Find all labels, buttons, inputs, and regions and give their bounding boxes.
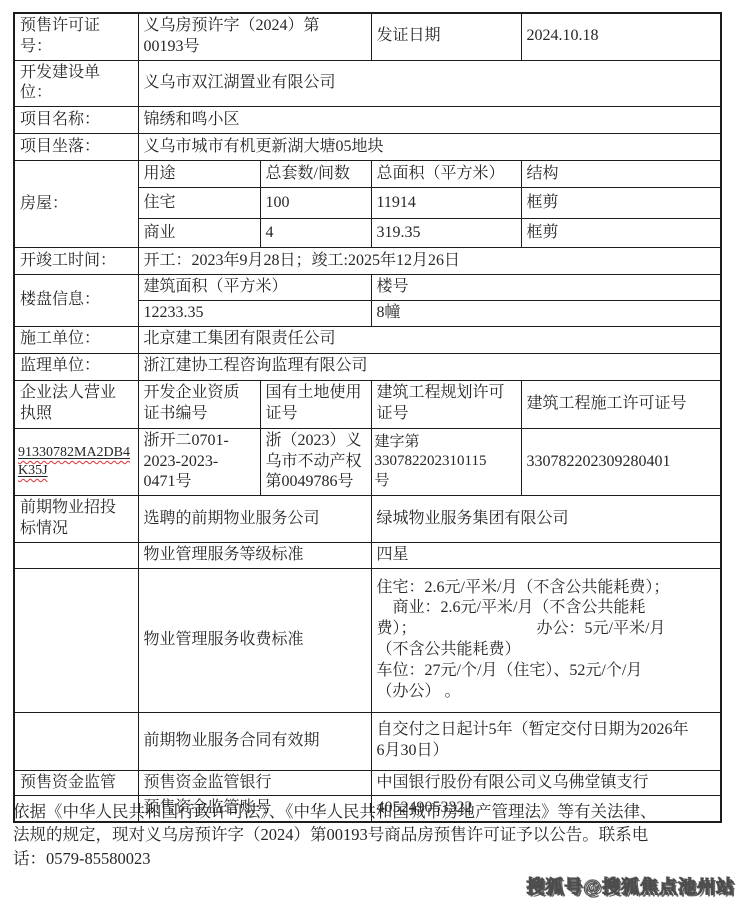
- row-housing-header: 房屋： 用途 总套数/间数 总面积（平方米） 结构: [14, 161, 721, 188]
- cell-cert-v-planning: 建字第 330782202310115 号: [371, 428, 521, 495]
- cell-housing-h-use: 用途: [138, 161, 260, 188]
- cell-com-structure: 框剪: [521, 219, 721, 248]
- cell-developer-label: 开发建设单 位：: [14, 60, 138, 107]
- announcement-text: 依据《中华人民共和国行政许可法》、《中华人民共和国城市房地产管理法》等有关法律、…: [13, 800, 729, 870]
- cell-com-units: 4: [260, 219, 371, 248]
- row-property-company: 前期物业招投 标情况 选聘的前期物业服务公司 绿城物业服务集团有限公司: [14, 496, 721, 543]
- cell-res-structure: 框剪: [521, 188, 721, 219]
- cell-license-label: 预售许可证 号：: [14, 13, 138, 60]
- cell-res-use: 住宅: [138, 188, 260, 219]
- cell-time-value: 开工：2023年9月28日；竣工:2025年12月26日: [138, 248, 721, 275]
- cell-property-section-label: 前期物业招投 标情况: [14, 496, 138, 543]
- cell-cert-h-construction: 建筑工程施工许可证号: [521, 380, 721, 428]
- cell-cert-v-land: 浙（2023）义 乌市不动产权 第0049786号: [260, 428, 371, 495]
- row-construction-time: 开竣工时间： 开工：2023年9月28日；竣工:2025年12月26日: [14, 248, 721, 275]
- cell-funds-section-label: 预售资金监管: [14, 770, 138, 796]
- cell-cert-h-planning: 建筑工程规划许可 证号: [371, 380, 521, 428]
- cell-empty: [14, 712, 138, 770]
- row-supervisor: 监理单位： 浙江建协工程咨询监理有限公司: [14, 353, 721, 380]
- cell-supervisor-value: 浙江建协工程咨询监理有限公司: [138, 353, 721, 380]
- row-cert-headers: 企业法人营业 执照 开发企业资质 证书编号 国有土地使用 证号 建筑工程规划许可…: [14, 380, 721, 428]
- cell-empty: [14, 568, 138, 712]
- cell-housing-label: 房屋：: [14, 161, 138, 248]
- credit-code: 91330782MA2DB4K35J: [18, 445, 130, 478]
- cell-com-use: 商业: [138, 219, 260, 248]
- row-cert-values: 91330782MA2DB4K35J 浙开二0701- 2023-2023- 0…: [14, 428, 721, 495]
- cell-housing-h-area: 总面积（平方米）: [371, 161, 521, 188]
- cell-funds-bank-value: 中国银行股份有限公司义乌佛堂镇支行: [371, 770, 721, 796]
- cell-building-no-value: 8幢: [371, 300, 721, 326]
- row-project-name: 项目名称： 锦绣和鸣小区: [14, 107, 721, 134]
- cell-cert-h-business: 企业法人营业 执照: [14, 380, 138, 428]
- row-location: 项目坐落： 义乌市城市有机更新湖大塘05地块: [14, 134, 721, 161]
- cell-property-company-value: 绿城物业服务集团有限公司: [371, 496, 721, 543]
- permit-table: 预售许可证 号： 义乌房预许字（2024）第 00193号 发证日期 2024.…: [13, 12, 722, 823]
- cell-cert-v-qualification: 浙开二0701- 2023-2023- 0471号: [138, 428, 260, 495]
- cell-license-value: 义乌房预许字（2024）第 00193号: [138, 13, 371, 60]
- cell-cert-h-qualification: 开发企业资质 证书编号: [138, 380, 260, 428]
- row-license: 预售许可证 号： 义乌房预许字（2024）第 00193号 发证日期 2024.…: [14, 13, 721, 60]
- cell-funds-bank-label: 预售资金监管银行: [138, 770, 371, 796]
- cell-com-area: 319.35: [371, 219, 521, 248]
- cell-issue-date-label: 发证日期: [371, 13, 521, 60]
- cell-housing-h-structure: 结构: [521, 161, 721, 188]
- cell-area-header: 建筑面积（平方米）: [138, 275, 371, 301]
- cell-time-label: 开竣工时间：: [14, 248, 138, 275]
- row-building-info-header: 楼盘信息： 建筑面积（平方米） 楼号: [14, 275, 721, 301]
- cell-contractor-label: 施工单位：: [14, 326, 138, 353]
- sohu-watermark: 搜狐号@搜狐焦点池州站: [526, 873, 735, 899]
- row-property-fees: 物业管理服务收费标准 住宅：2.6元/平米/月（不含公共能耗费）； 商业：2.6…: [14, 568, 721, 712]
- row-contractor: 施工单位： 北京建工集团有限责任公司: [14, 326, 721, 353]
- cell-property-grade-value: 四星: [371, 542, 721, 568]
- cell-location-value: 义乌市城市有机更新湖大塘05地块: [138, 134, 721, 161]
- cell-property-contract-value: 自交付之日起计5年（暂定交付日期为2026年 6月30日）: [371, 712, 721, 770]
- cell-property-company-label: 选聘的前期物业服务公司: [138, 496, 371, 543]
- cell-cert-v-business: 91330782MA2DB4K35J: [14, 428, 138, 495]
- cell-project-name-label: 项目名称：: [14, 107, 138, 134]
- cell-location-label: 项目坐落：: [14, 134, 138, 161]
- cell-property-contract-label: 前期物业服务合同有效期: [138, 712, 371, 770]
- cell-housing-h-units: 总套数/间数: [260, 161, 371, 188]
- cell-area-value: 12233.35: [138, 300, 371, 326]
- row-property-contract: 前期物业服务合同有效期 自交付之日起计5年（暂定交付日期为2026年 6月30日…: [14, 712, 721, 770]
- credit-code-underline: 91330782MA2DB4K35J: [18, 445, 130, 478]
- cell-contractor-value: 北京建工集团有限责任公司: [138, 326, 721, 353]
- row-property-grade: 物业管理服务等级标准 四星: [14, 542, 721, 568]
- cell-property-fees-value: 住宅：2.6元/平米/月（不含公共能耗费）； 商业：2.6元/平米/月（不含公共…: [371, 568, 721, 712]
- cell-issue-date-value: 2024.10.18: [521, 13, 721, 60]
- cell-supervisor-label: 监理单位：: [14, 353, 138, 380]
- cell-res-area: 11914: [371, 188, 521, 219]
- cell-cert-v-construction: 330782202309280401: [521, 428, 721, 495]
- cell-building-no-header: 楼号: [371, 275, 721, 301]
- cell-building-info-label: 楼盘信息：: [14, 275, 138, 327]
- cell-res-units: 100: [260, 188, 371, 219]
- row-developer: 开发建设单 位： 义乌市双江湖置业有限公司: [14, 60, 721, 107]
- cell-property-fees-label: 物业管理服务收费标准: [138, 568, 371, 712]
- presale-permit-document: 预售许可证 号： 义乌房预许字（2024）第 00193号 发证日期 2024.…: [0, 0, 740, 903]
- cell-cert-h-land: 国有土地使用 证号: [260, 380, 371, 428]
- cell-project-name-value: 锦绣和鸣小区: [138, 107, 721, 134]
- cell-empty: [14, 542, 138, 568]
- cell-developer-value: 义乌市双江湖置业有限公司: [138, 60, 721, 107]
- cell-property-grade-label: 物业管理服务等级标准: [138, 542, 371, 568]
- row-funds-bank: 预售资金监管 预售资金监管银行 中国银行股份有限公司义乌佛堂镇支行: [14, 770, 721, 796]
